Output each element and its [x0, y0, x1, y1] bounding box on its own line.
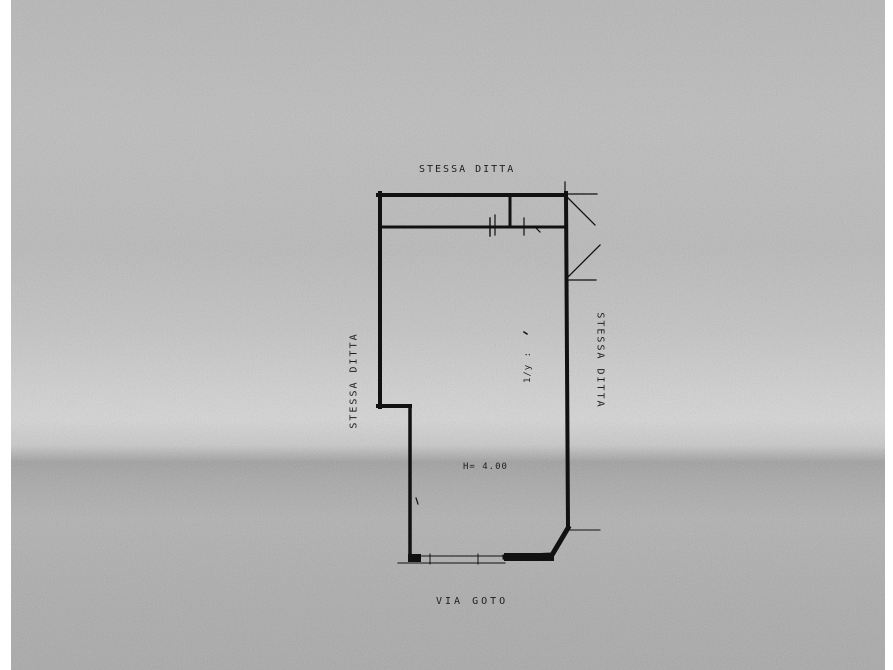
label-ceiling-height: H= 4.00: [463, 462, 508, 472]
wall-bottom-right: [504, 553, 554, 561]
label-left-neighbor: STESSA DITTA: [349, 331, 360, 431]
floor-plan-scan: STESSA DITTA STESSA DITTA STESSA DITTA V…: [0, 0, 893, 670]
wall-right: [566, 193, 568, 528]
wall-corner-chamfer: [505, 528, 568, 557]
door-tick: [536, 228, 540, 232]
interior-mark: [416, 498, 418, 504]
door-swing-lower: [567, 245, 600, 278]
interior-mark: [524, 332, 527, 334]
label-interior-mark: 1/y :: [523, 351, 533, 383]
door-swing-upper: [567, 197, 595, 225]
floor-plan-drawing: [0, 0, 893, 670]
wall-bottom-left-stub: [408, 554, 421, 562]
label-right-neighbor: STESSA DITTA: [595, 311, 606, 411]
label-street: VIA GOTO: [436, 596, 508, 607]
label-top-neighbor: STESSA DITTA: [419, 164, 515, 175]
